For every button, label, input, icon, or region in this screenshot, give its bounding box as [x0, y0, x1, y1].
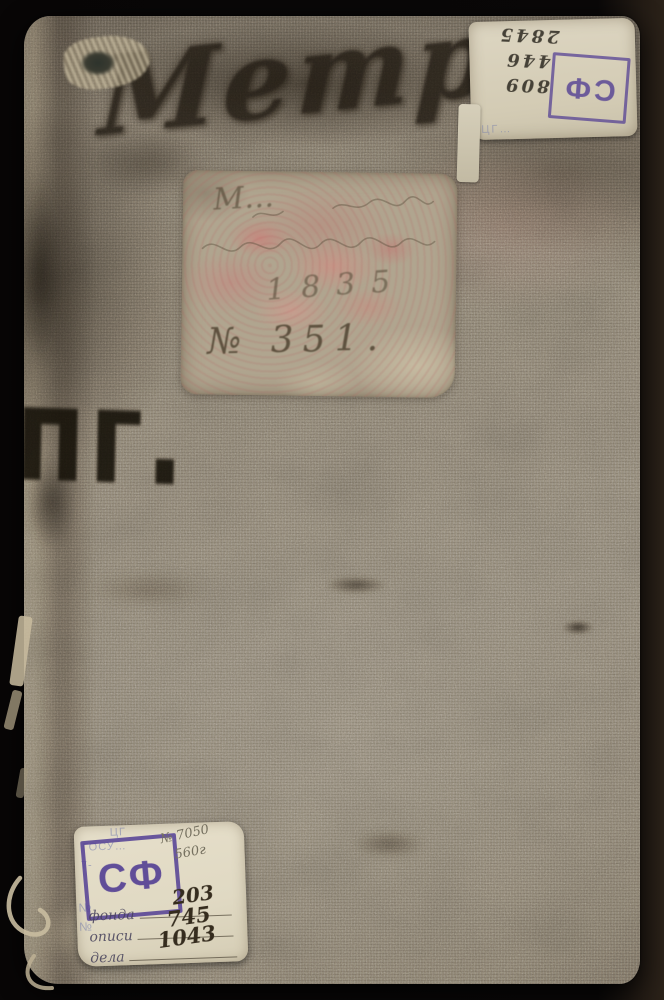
photo-stage: Метр пг. М… 1835 № 351. — [0, 0, 664, 1000]
label-torn-extension — [457, 104, 481, 183]
torn-corner — [50, 32, 168, 108]
pencil-note: 560г — [174, 842, 208, 862]
fabric-hole — [80, 50, 116, 76]
dirt-mark-right — [562, 620, 594, 635]
soot-smear-left — [82, 572, 212, 606]
top-right-label: 809 446 2845 СФ ЦГ… — [468, 18, 637, 140]
faint-print: ЦГ… — [481, 123, 512, 136]
label-number: № 351. — [207, 318, 387, 363]
label-script-fragment: М… — [212, 179, 275, 217]
ink-smudge-spine-top — [24, 176, 62, 366]
dirt-smudge-center — [324, 576, 388, 594]
paper-sliver — [3, 689, 22, 730]
number-line: 2845 — [474, 20, 583, 50]
book-cover: Метр пг. М… 1835 № 351. — [24, 16, 640, 984]
cover-side-letters: пг. — [24, 368, 189, 506]
stamp-text: СФ — [561, 69, 617, 107]
dirt-smudge-bottom — [352, 830, 426, 858]
center-paper-label: М… 1835 № 351. — [180, 170, 457, 398]
frayed-threads — [0, 848, 120, 998]
archive-stamp-top: СФ — [548, 52, 631, 124]
